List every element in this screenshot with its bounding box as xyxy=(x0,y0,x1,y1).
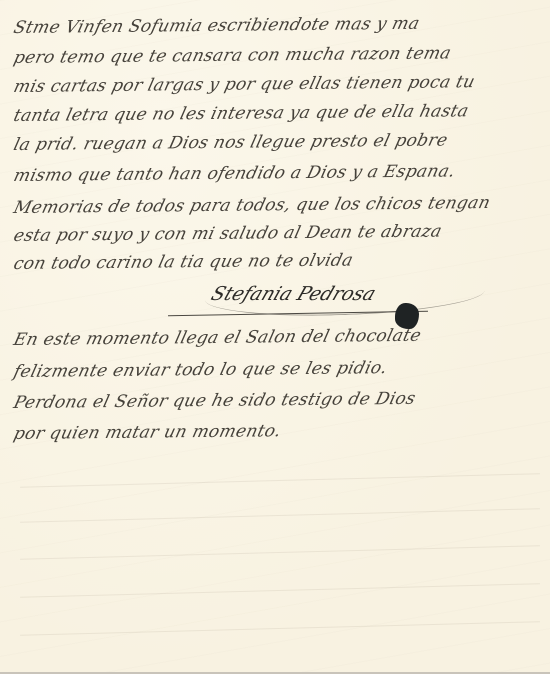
postscript-line: Perdona el Señor que he sido testigo de … xyxy=(12,387,548,413)
signature: Stefania Pedrosa xyxy=(208,283,379,305)
body-line: la prid. ruegan a Dios nos llegue presto… xyxy=(12,129,548,155)
postscript-line: por quien matar un momento. xyxy=(12,418,548,444)
body-line: mismo que tanto han ofendido a Dios y a … xyxy=(12,160,548,186)
bleed-through-line xyxy=(20,545,540,560)
body-line: mis cartas por largas y por que ellas ti… xyxy=(12,71,548,97)
postscript-line: felizmente enviar todo lo que se les pid… xyxy=(12,356,548,382)
postscript-line: En este momento llega el Salon del choco… xyxy=(12,324,548,350)
body-line: tanta letra que no les interesa ya que d… xyxy=(12,100,548,126)
bleed-through-line xyxy=(20,621,540,636)
bleed-through-line xyxy=(20,508,540,523)
bleed-through-line xyxy=(20,473,540,488)
body-line: con todo carino la tia que no te olvida xyxy=(12,248,548,274)
body-line: Memorias de todos para todos, que los ch… xyxy=(12,192,548,218)
body-line: Stme Vinfen Sofumia escribiendote mas y … xyxy=(12,12,548,38)
bleed-through-line xyxy=(20,583,540,598)
body-line: pero temo que te cansara con mucha razon… xyxy=(12,42,548,68)
letter-page: Stme Vinfen Sofumia escribiendote mas y … xyxy=(0,0,550,674)
body-line: esta por suyo y con mi saludo al Dean te… xyxy=(12,220,548,246)
